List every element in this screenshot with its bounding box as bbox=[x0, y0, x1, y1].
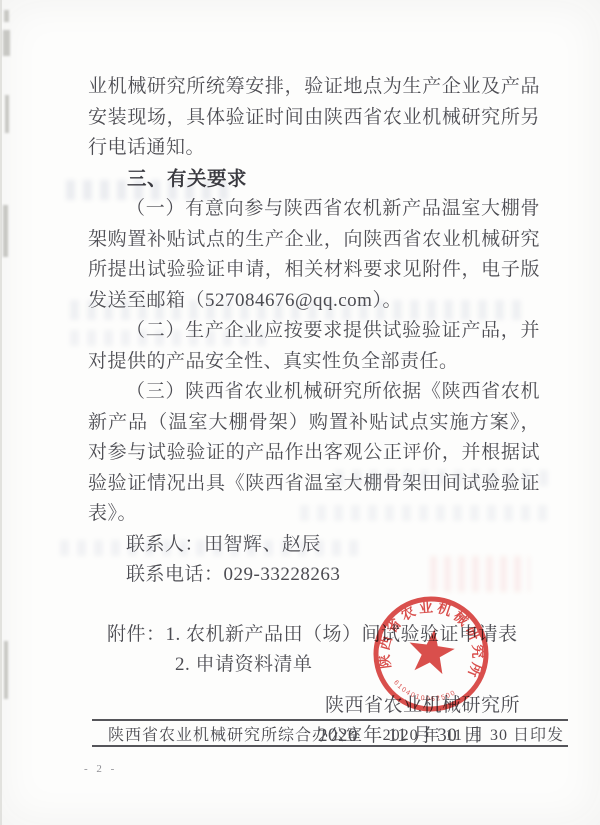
footer-print-date: 2020 年 11 月 30 日印发 bbox=[383, 722, 564, 745]
attachments-block: 附件：1. 农机新产品田（场）间试验验证申请表 2. 申请资料清单 bbox=[88, 620, 540, 681]
contact-phone-line: 联系电话：029-33228263 bbox=[88, 560, 540, 591]
scan-artifact bbox=[4, 641, 8, 699]
scanned-document-page: { "doc": { "para_intro": "业机械研究所统筹安排，验证地… bbox=[0, 0, 600, 825]
section-heading: 三、有关要求 bbox=[88, 164, 540, 195]
paragraph-item-3: （三）陕西省农业机械研究所依据《陕西省农机新产品（温室大棚骨架）购置补贴试点实施… bbox=[88, 377, 540, 530]
scan-artifact bbox=[3, 205, 8, 257]
contact-person-line: 联系人：田智辉、赵辰 bbox=[88, 530, 540, 561]
attachment-line-1: 附件：1. 农机新产品田（场）间试验验证申请表 bbox=[107, 620, 540, 651]
attachment-label: 附件： bbox=[107, 624, 166, 645]
scan-artifact bbox=[3, 30, 10, 56]
issuer-signature: 陕西省农业机械研究所 bbox=[88, 691, 540, 722]
scan-edge-shadow bbox=[0, 0, 2, 825]
footer-office: 陕西省农业机械研究所综合办公室 bbox=[108, 722, 363, 745]
paragraph-item-1: （一）有意向参与陕西省农机新产品温室大棚骨架购置补贴试点的生产企业，向陕西省农业… bbox=[88, 194, 540, 316]
document-body: 业机械研究所统筹安排，验证地点为生产企业及产品安装现场，具体验证时间由陕西省农业… bbox=[88, 72, 540, 752]
footer-imprint-bar: 陕西省农业机械研究所综合办公室 2020 年 11 月 30 日印发 bbox=[92, 719, 568, 747]
attachment-item-1: 1. 农机新产品田（场）间试验验证申请表 bbox=[166, 624, 518, 645]
scan-artifact bbox=[4, 10, 9, 22]
attachment-item-2: 2. 申请资料清单 bbox=[107, 650, 540, 681]
paragraph-item-2: （二）生产企业应按要求提供试验验证产品，并对提供的产品安全性、真实性负全部责任。 bbox=[88, 316, 540, 377]
paragraph-continuation: 业机械研究所统筹安排，验证地点为生产企业及产品安装现场，具体验证时间由陕西省农业… bbox=[88, 72, 540, 164]
scan-artifact bbox=[5, 95, 9, 133]
page-number: - 2 - bbox=[84, 763, 117, 775]
